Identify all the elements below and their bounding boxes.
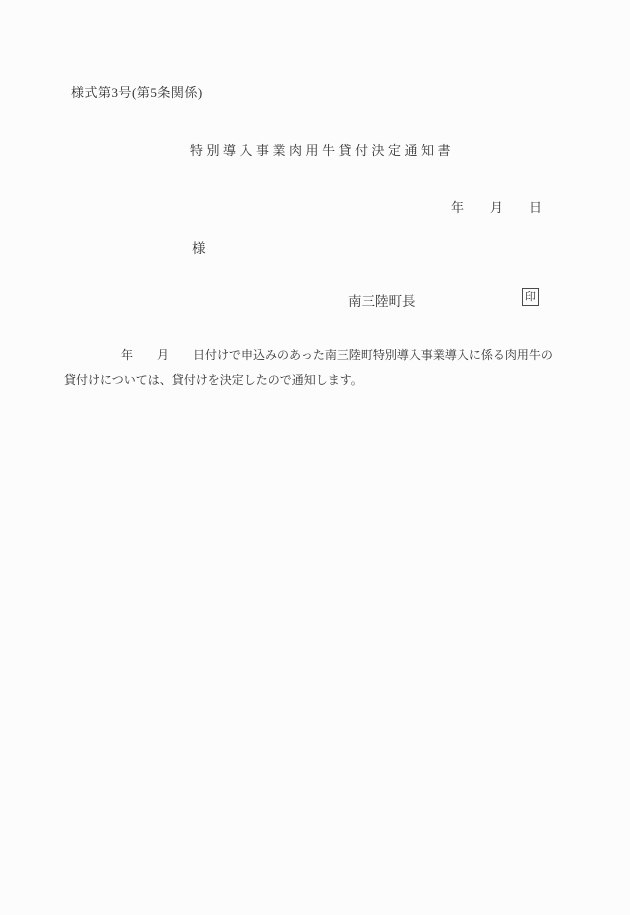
body-line-1: 年 月 日付けで申込みのあった南三陸町特別導入事業導入に係る肉用牛の — [64, 343, 566, 368]
seal-box: 印 — [522, 288, 539, 306]
form-number: 様式第3号(第5条関係) — [71, 82, 203, 101]
document-title: 特別導入事業肉用牛貸付決定通知書 — [0, 140, 630, 159]
body-paragraph: 年 月 日付けで申込みのあった南三陸町特別導入事業導入に係る肉用牛の 貸付けにつ… — [64, 343, 566, 393]
body-line-2: 貸付けについては、貸付けを決定したので通知します。 — [64, 368, 566, 393]
addressee-honorific: 様 — [192, 237, 206, 257]
sender-title: 南三陸町長 — [348, 290, 416, 310]
seal-label: 印 — [525, 292, 536, 303]
document-page: 様式第3号(第5条関係) 特別導入事業肉用牛貸付決定通知書 年 月 日 様 南三… — [0, 0, 630, 915]
date-blank-line: 年 月 日 — [451, 197, 542, 216]
